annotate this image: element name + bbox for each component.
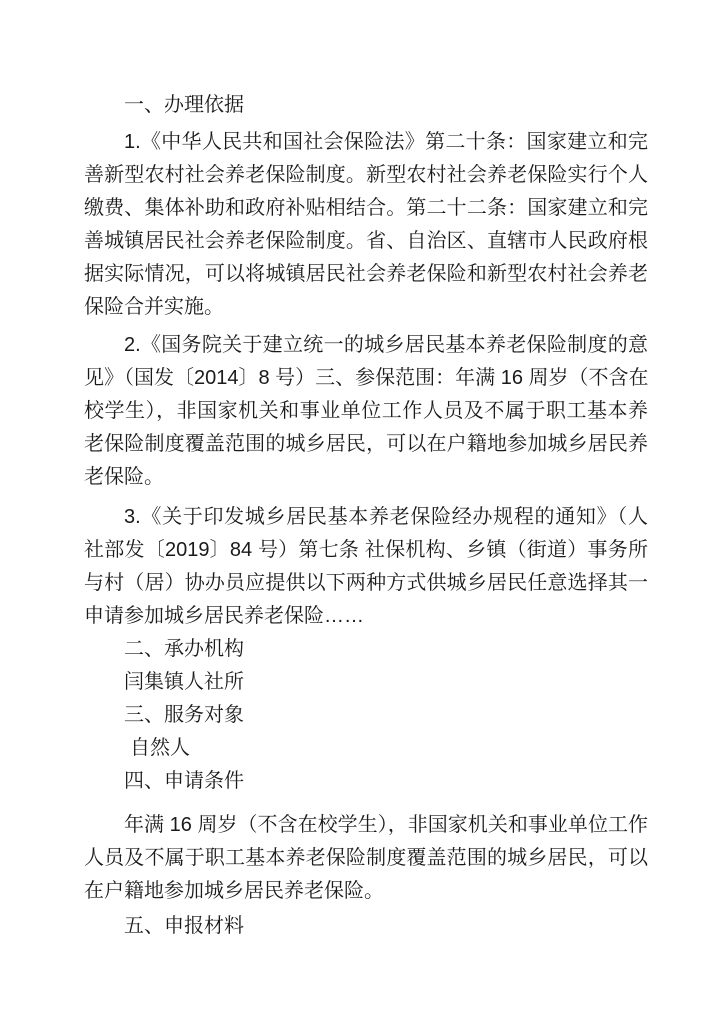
paragraph-agency-name: 闫集镇人社所 bbox=[84, 666, 648, 699]
paragraph-legal-basis-2: 2.《国务院关于建立统一的城乡居民基本养老保险制度的意 见》（国发〔2014〕8… bbox=[84, 329, 648, 494]
text-line: 善城镇居民社会养老保险制度。省、自治区、直辖市人民政府根 bbox=[84, 225, 648, 258]
text-line: 保险合并实施。 bbox=[84, 291, 648, 324]
paragraph-legal-basis-3: 3.《关于印发城乡居民基本养老保险经办规程的通知》（人 社部发〔2019〕84 … bbox=[84, 501, 648, 633]
text-line: 见》（国发〔2014〕8 号）三、参保范围：年满 16 周岁（不含在 bbox=[84, 362, 648, 395]
paragraph-service-target: 自然人 bbox=[84, 732, 648, 765]
text-line: 申请参加城乡居民养老保险…… bbox=[84, 600, 648, 633]
text-line: 据实际情况，可以将城镇居民社会养老保险和新型农村社会养老 bbox=[84, 258, 648, 291]
heading-service-target: 三、服务对象 bbox=[84, 699, 648, 732]
heading-text: 四、申请条件 bbox=[84, 765, 648, 798]
heading-application-conditions: 四、申请条件 bbox=[84, 765, 648, 798]
text-line: 在户籍地参加城乡居民养老保险。 bbox=[84, 875, 648, 908]
heading-text: 三、服务对象 bbox=[84, 699, 648, 732]
text-line: 闫集镇人社所 bbox=[84, 666, 648, 699]
heading-text: 五、申报材料 bbox=[84, 910, 648, 943]
heading-text: 二、承办机构 bbox=[84, 633, 648, 666]
text-line: 善新型农村社会养老保险制度。新型农村社会养老保险实行个人 bbox=[84, 159, 648, 192]
paragraph-legal-basis-1: 1.《中华人民共和国社会保险法》第二十条：国家建立和完 善新型农村社会养老保险制… bbox=[84, 126, 648, 324]
text-line: 3.《关于印发城乡居民基本养老保险经办规程的通知》（人 bbox=[84, 501, 648, 534]
text-line: 与村（居）协办员应提供以下两种方式供城乡居民任意选择其一 bbox=[84, 567, 648, 600]
text-line: 校学生），非国家机关和事业单位工作人员及不属于职工基本养 bbox=[84, 395, 648, 428]
text-line: 老保险制度覆盖范围的城乡居民，可以在户籍地参加城乡居民养 bbox=[84, 428, 648, 461]
text-line: 2.《国务院关于建立统一的城乡居民基本养老保险制度的意 bbox=[84, 329, 648, 362]
text-line: 老保险。 bbox=[84, 461, 648, 494]
heading-text: 一、办理依据 bbox=[84, 89, 648, 122]
text-line: 1.《中华人民共和国社会保险法》第二十条：国家建立和完 bbox=[84, 126, 648, 159]
heading-application-materials: 五、申报材料 bbox=[84, 910, 648, 943]
text-line: 人员及不属于职工基本养老保险制度覆盖范围的城乡居民，可以 bbox=[84, 842, 648, 875]
paragraph-application-conditions: 年满 16 周岁（不含在校学生），非国家机关和事业单位工作 人员及不属于职工基本… bbox=[84, 809, 648, 908]
document-page: 一、办理依据 1.《中华人民共和国社会保险法》第二十条：国家建立和完 善新型农村… bbox=[0, 0, 715, 1011]
text-line: 缴费、集体补助和政府补贴相结合。第二十二条：国家建立和完 bbox=[84, 192, 648, 225]
heading-handling-basis: 一、办理依据 bbox=[84, 89, 648, 122]
text-line: 年满 16 周岁（不含在校学生），非国家机关和事业单位工作 bbox=[84, 809, 648, 842]
text-line: 自然人 bbox=[84, 732, 648, 765]
heading-undertaking-agency: 二、承办机构 bbox=[84, 633, 648, 666]
text-line: 社部发〔2019〕84 号）第七条 社保机构、乡镇（街道）事务所 bbox=[84, 534, 648, 567]
